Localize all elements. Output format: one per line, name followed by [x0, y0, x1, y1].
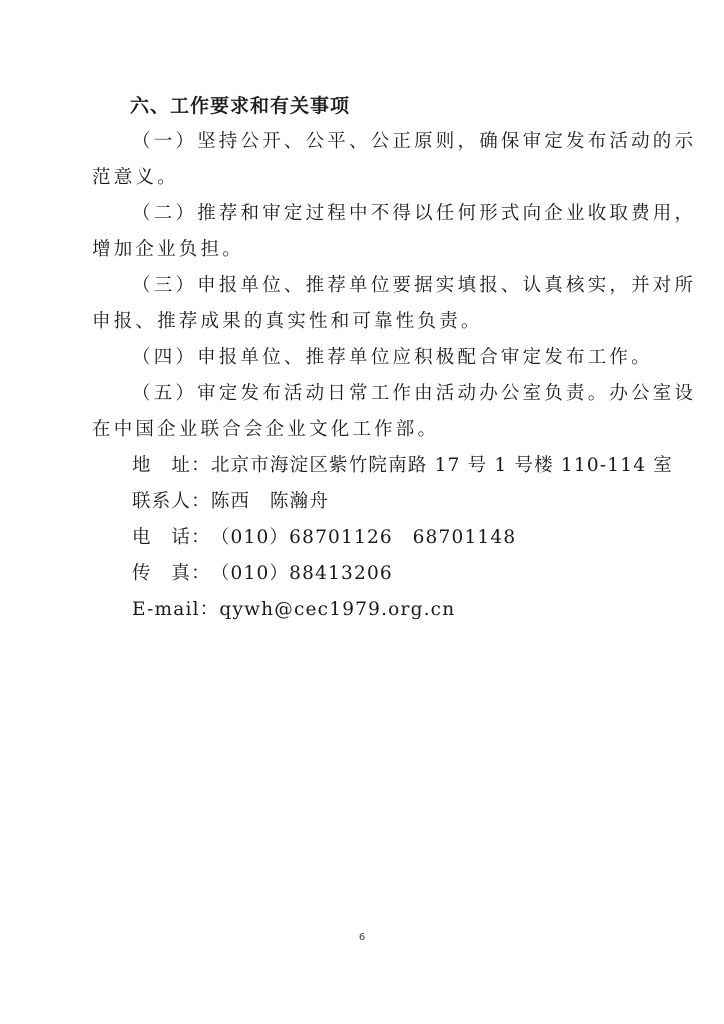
address-label: 地 址：: [132, 448, 211, 484]
paragraph-4: （四）申报单位、推荐单位应积极配合审定发布工作。: [92, 340, 632, 376]
paragraph-line: （三）申报单位、推荐单位要据实填报、认真核实，并对所: [92, 268, 632, 304]
paragraph-line: （二）推荐和审定过程中不得以任何形式向企业收取费用，: [92, 196, 632, 232]
fax-value: （010）88413206: [211, 563, 393, 584]
page-number: 6: [0, 932, 724, 943]
contacts-value: 陈西 陈瀚舟: [211, 491, 329, 512]
paragraph-line: 在中国企业联合会企业文化工作部。: [92, 412, 632, 448]
contact-email: E-mail：qywh@cec1979.org.cn: [92, 592, 632, 628]
email-value[interactable]: qywh@cec1979.org.cn: [219, 599, 455, 620]
paragraph-line: 申报、推荐成果的真实性和可靠性负责。: [92, 304, 632, 340]
contact-persons: 联系人：陈西 陈瀚舟: [92, 484, 632, 520]
section-heading: 六、工作要求和有关事项: [92, 88, 632, 124]
paragraph-1: （一）坚持公开、公平、公正原则，确保审定发布活动的示 范意义。: [92, 124, 632, 196]
contact-fax: 传 真：（010）88413206: [92, 556, 632, 592]
address-value: 北京市海淀区紫竹院南路 17 号 1 号楼 110-114 室: [211, 455, 673, 476]
paragraph-line: 范意义。: [92, 160, 632, 196]
paragraph-line: （五）审定发布活动日常工作由活动办公室负责。办公室设: [92, 376, 632, 412]
contacts-label: 联系人：: [132, 484, 211, 520]
contact-address: 地 址：北京市海淀区紫竹院南路 17 号 1 号楼 110-114 室: [92, 448, 632, 484]
paragraph-3: （三）申报单位、推荐单位要据实填报、认真核实，并对所 申报、推荐成果的真实性和可…: [92, 268, 632, 340]
phone-label: 电 话：: [132, 520, 211, 556]
fax-label: 传 真：: [132, 556, 211, 592]
paragraph-2: （二）推荐和审定过程中不得以任何形式向企业收取费用， 增加企业负担。: [92, 196, 632, 268]
phone-value: （010）68701126 68701148: [211, 527, 517, 548]
paragraph-line: （一）坚持公开、公平、公正原则，确保审定发布活动的示: [92, 124, 632, 160]
email-label: E-mail：: [132, 592, 219, 628]
paragraph-line: 增加企业负担。: [92, 232, 632, 268]
contact-phone: 电 话：（010）68701126 68701148: [92, 520, 632, 556]
paragraph-5: （五）审定发布活动日常工作由活动办公室负责。办公室设 在中国企业联合会企业文化工…: [92, 376, 632, 448]
document-page: 六、工作要求和有关事项 （一）坚持公开、公平、公正原则，确保审定发布活动的示 范…: [92, 88, 632, 628]
paragraph-line: （四）申报单位、推荐单位应积极配合审定发布工作。: [92, 340, 632, 376]
